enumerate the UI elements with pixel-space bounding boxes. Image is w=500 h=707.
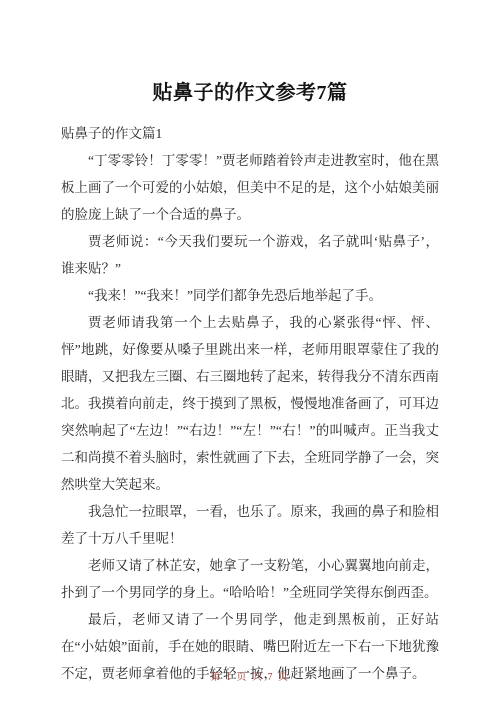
paragraph: 贾老师说：“今天我们要玩一个游戏，名子就叫‘贴鼻子’，谁来贴？” [61,228,439,282]
paragraph: “我来！”“我来！”同学们都争先恐后地举起了手。 [61,282,439,309]
document-page: 贴鼻子的作文参考7篇 贴鼻子的作文篇1 “丁零零铃！丁零零！”贾老师踏着铃声走进… [0,0,500,707]
page-footer: 第 1 页 共 7 页 [0,668,500,683]
page-number: 第 1 页 共 7 页 [211,672,290,683]
paragraph: “丁零零铃！丁零零！”贾老师踏着铃声走进教室时，他在黑板上画了一个可爱的小姑娘，… [61,147,439,228]
paragraph: 老师又请了林芷安，她拿了一支粉笔，小心翼翼地向前走，扑到了一个男同学的身上。“哈… [61,552,439,606]
paragraph: 我急忙一拉眼罩，一看，也乐了。原来，我画的鼻子和脸相差了十万八千里呢！ [61,498,439,552]
document-body: 贴鼻子的作文篇1 “丁零零铃！丁零零！”贾老师踏着铃声走进教室时，他在黑板上画了… [61,120,439,687]
paragraph: 贾老师请我第一个上去贴鼻子，我的心紧张得“怦、怦、怦”地跳，好像要从嗓子里跳出来… [61,309,439,498]
document-title: 贴鼻子的作文参考7篇 [0,0,500,105]
section-heading: 贴鼻子的作文篇1 [61,120,439,147]
